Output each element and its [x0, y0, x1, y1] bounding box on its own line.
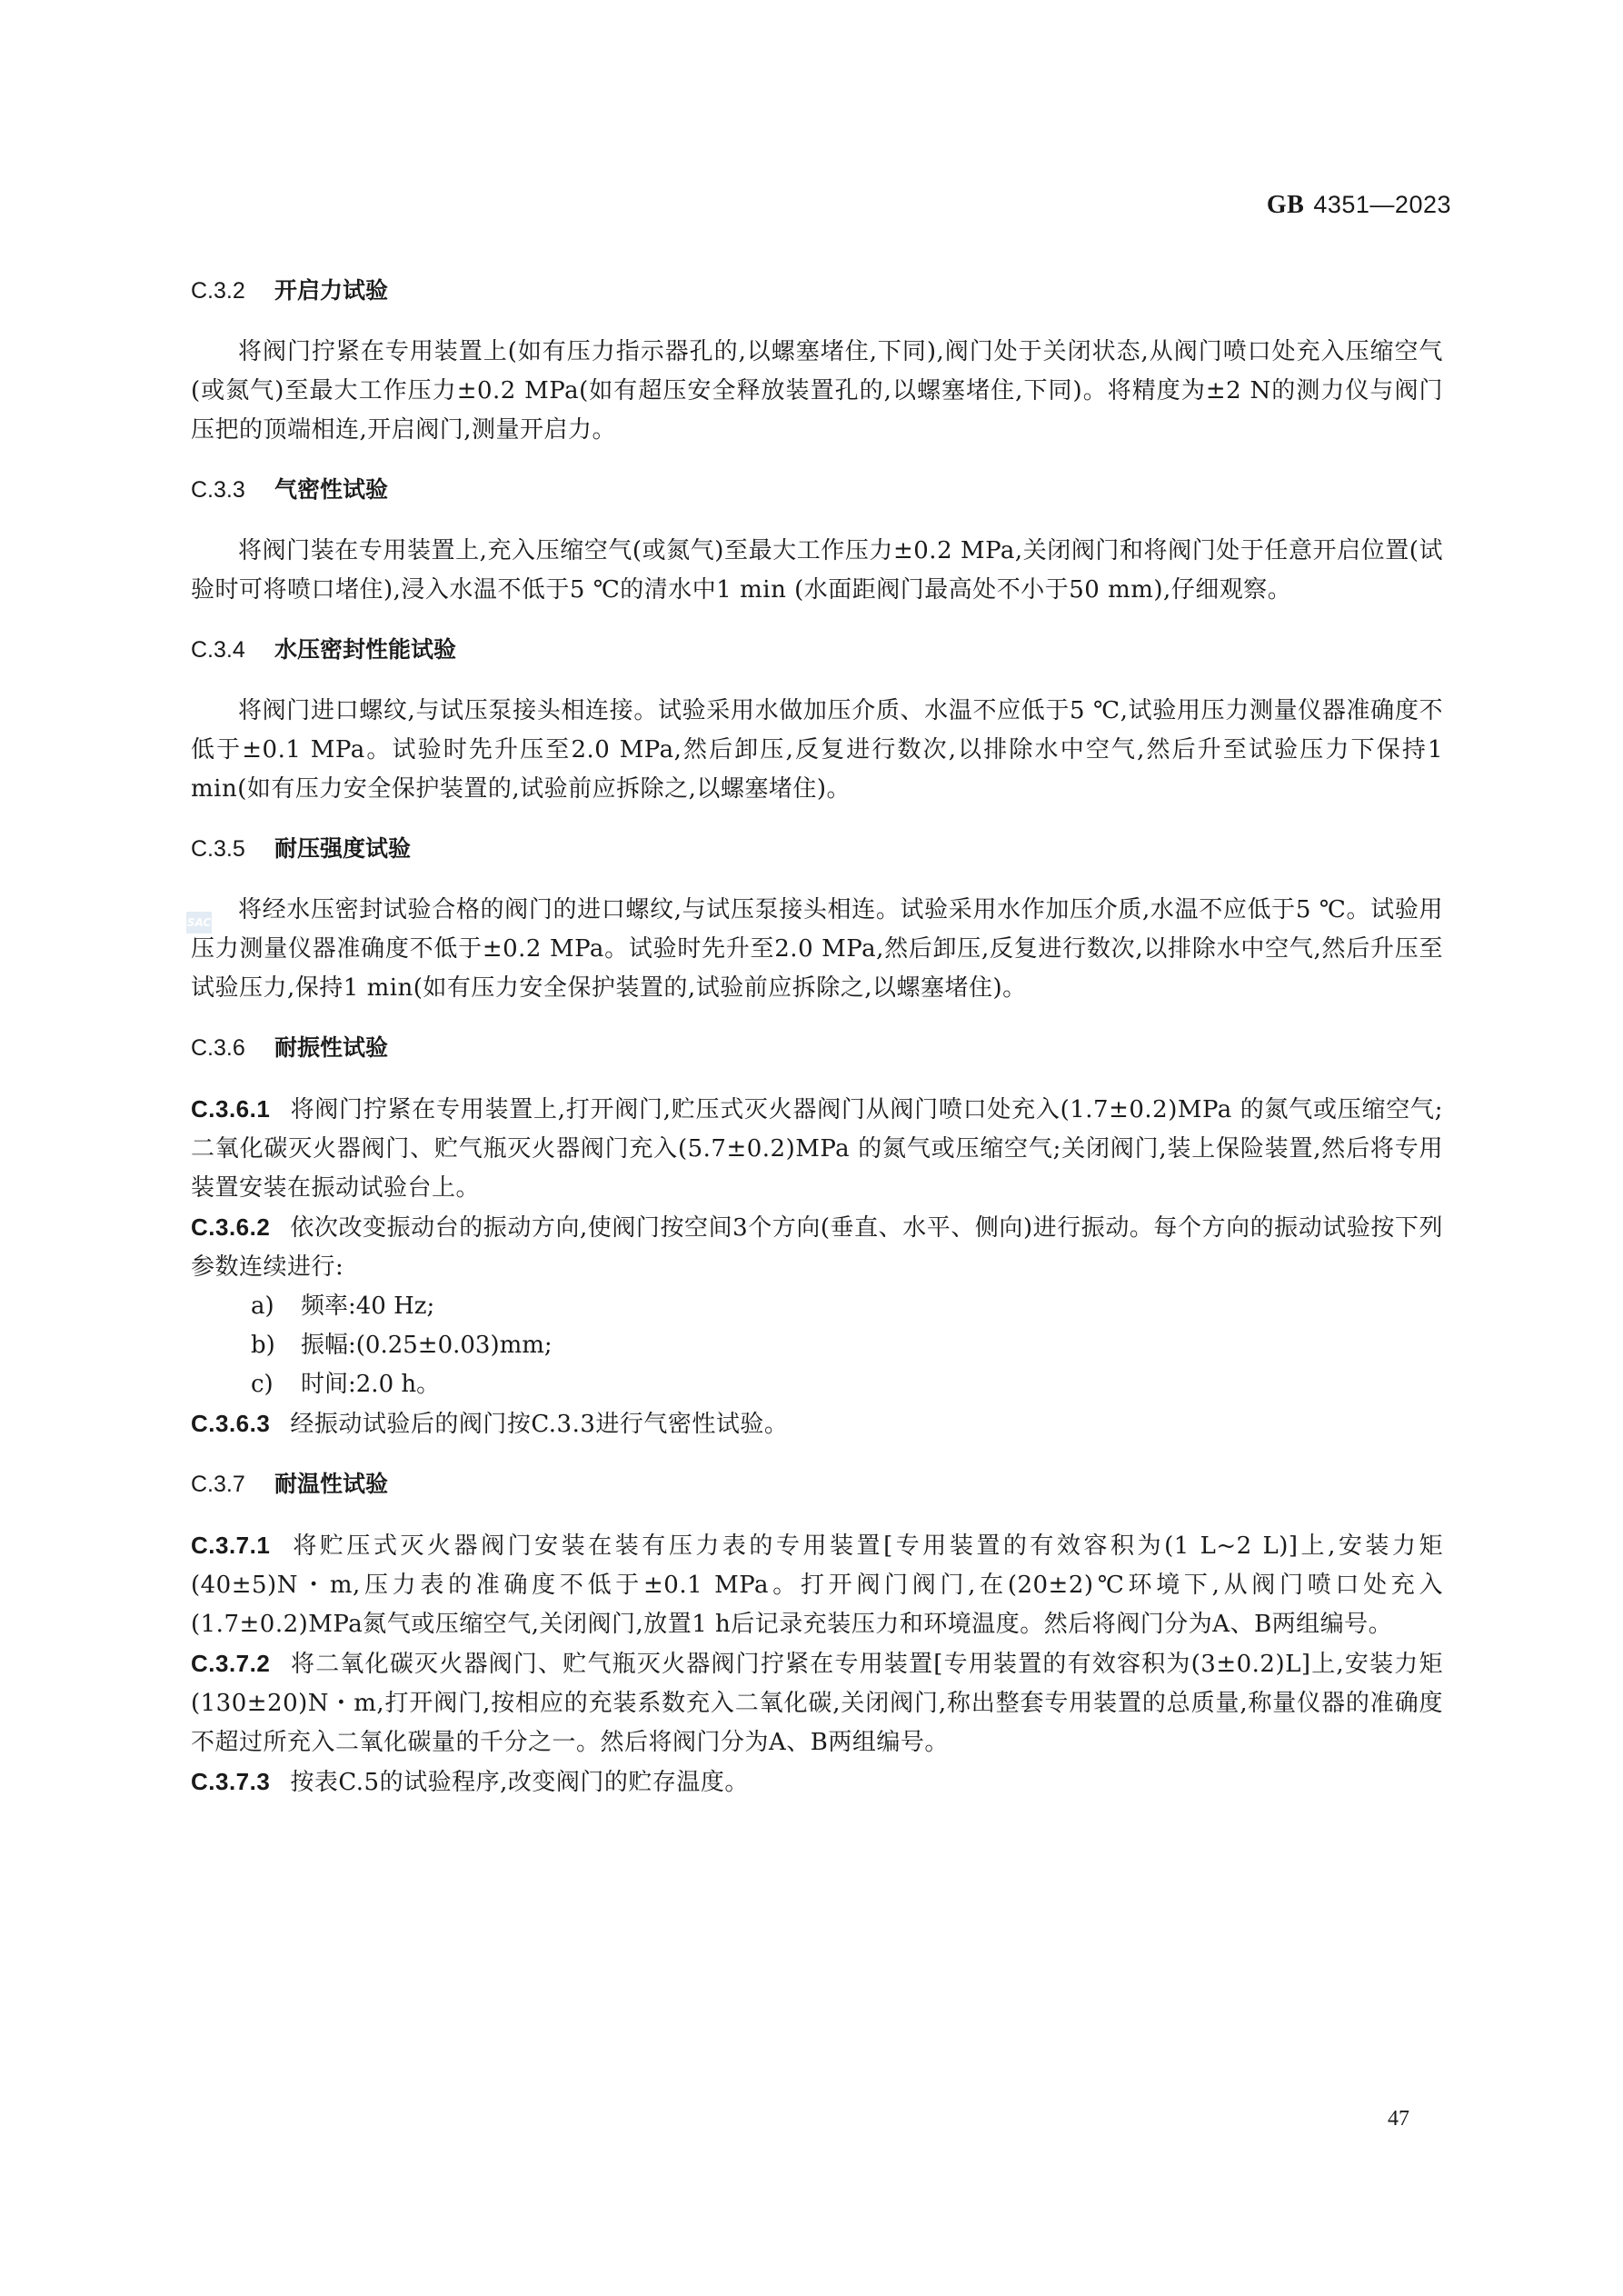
section-heading-c-3-2: C.3.2开启力试验: [191, 273, 1443, 309]
section-paragraph: 将阀门拧紧在专用装置上(如有压力指示器孔的,以螺塞堵住,下同),阀门处于关闭状态…: [191, 333, 1443, 450]
clause-c-3-6-1: C.3.6.1将阀门拧紧在专用装置上,打开阀门,贮压式灭火器阀门从阀门喷口处充入…: [191, 1090, 1443, 1208]
standard-number: 4351—2023: [1313, 191, 1451, 218]
list-item: b)振幅:(0.25±0.03)mm;: [191, 1326, 1443, 1365]
list-item: a)频率:40 Hz;: [191, 1287, 1443, 1326]
section-heading-c-3-6: C.3.6耐振性试验: [191, 1030, 1443, 1066]
standard-code: GB4351—2023: [1267, 191, 1451, 220]
section-paragraph: 将阀门装在专用装置上,充入压缩空气(或氮气)至最大工作压力±0.2 MPa,关闭…: [191, 532, 1443, 610]
document-body: C.3.2开启力试验 将阀门拧紧在专用装置上(如有压力指示器孔的,以螺塞堵住,下…: [191, 273, 1443, 1802]
document-page: GB4351—2023 SAC C.3.2开启力试验 将阀门拧紧在专用装置上(如…: [0, 0, 1623, 2296]
clause-c-3-6-2: C.3.6.2依次改变振动台的振动方向,使阀门按空间3个方向(垂直、水平、侧向)…: [191, 1208, 1443, 1287]
list-item: c)时间:2.0 h。: [191, 1365, 1443, 1404]
clause-c-3-7-3: C.3.7.3按表C.5的试验程序,改变阀门的贮存温度。: [191, 1762, 1443, 1802]
section-paragraph: 将阀门进口螺纹,与试压泵接头相连接。试验采用水做加压介质、水温不应低于5 ℃,试…: [191, 692, 1443, 809]
clause-c-3-7-2: C.3.7.2将二氧化碳灭火器阀门、贮气瓶灭火器阀门拧紧在专用装置[专用装置的有…: [191, 1644, 1443, 1762]
clause-c-3-7-1: C.3.7.1将贮压式灭火器阀门安装在装有压力表的专用装置[专用装置的有效容积为…: [191, 1526, 1443, 1644]
standard-prefix: GB: [1267, 191, 1304, 219]
section-heading-c-3-7: C.3.7耐温性试验: [191, 1466, 1443, 1502]
clause-c-3-6-3: C.3.6.3经振动试验后的阀门按C.3.3进行气密性试验。: [191, 1404, 1443, 1444]
section-heading-c-3-5: C.3.5耐压强度试验: [191, 831, 1443, 867]
section-heading-c-3-4: C.3.4水压密封性能试验: [191, 632, 1443, 668]
page-number: 47: [1388, 2107, 1409, 2131]
section-paragraph: 将经水压密封试验合格的阀门的进口螺纹,与试压泵接头相连。试验采用水作加压介质,水…: [191, 891, 1443, 1008]
section-heading-c-3-3: C.3.3气密性试验: [191, 472, 1443, 508]
